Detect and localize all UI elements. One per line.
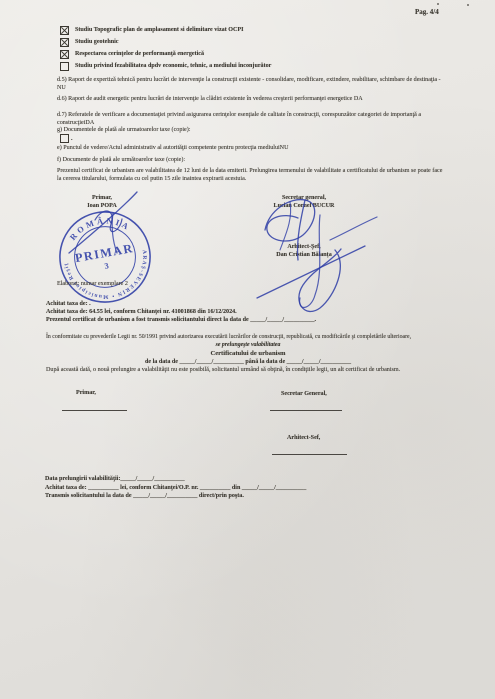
prolongation-after: După această dată, o nouă prelungire a v…: [46, 367, 400, 375]
paragraph-d7-cont: construcţieiDA: [57, 120, 94, 128]
checklist-label: Studiu Topografic plan de amplasament si…: [75, 27, 244, 35]
paragraph-g: g) Documentele de plată ale urmatoarelor…: [57, 127, 191, 135]
checklist-label: Respectarea cerinţelor de performanţă en…: [75, 51, 204, 59]
page-number: Pag. 4/4: [415, 9, 439, 17]
payment-line-1: Achitat taxa de: .: [46, 301, 91, 309]
bottom-primar-label: Primar,: [76, 390, 96, 398]
paragraph-d6: d.6) Raport de audit energetic pentru lu…: [57, 96, 363, 104]
payment-line-2: Achitat taxa de: 64.55 lei, conform Chit…: [46, 309, 237, 317]
paragraph-validity: Prezentul certificat de urbanism are val…: [57, 168, 442, 176]
checklist-label: Studiu geotehnic: [75, 39, 119, 47]
bottom-secretar-label: Secretar General,: [281, 391, 327, 399]
paragraph-d5-cont: NU: [57, 85, 66, 93]
prolongation-title: Certificatului de urbanism: [46, 350, 450, 358]
checkbox-studiu-geotehnic: [60, 38, 69, 47]
secretar-arhitect-signatures: [235, 190, 400, 320]
prolongation-italic-line: se prelungeşte valabilitatea: [46, 342, 450, 350]
footer-line-3: Transmis solicitantului la data de _____…: [45, 493, 244, 501]
scan-speck: [437, 3, 439, 5]
checkbox-taxe-empty: [60, 134, 69, 143]
scanned-document-page: Pag. 4/4 Studiu Topografic plan de ampla…: [0, 0, 495, 699]
checkbox-fezabilitate: [60, 62, 69, 71]
paragraph-f: f) Documente de plată ale următoarelor t…: [57, 157, 185, 165]
footer-line-1: Data prelungirii valabilităţii:_____/___…: [45, 476, 185, 484]
bottom-arhitect-label: Arhitect-Sef,: [287, 435, 320, 443]
prolongation-dates: de la data de _____/_____/__________ pân…: [46, 359, 450, 367]
paragraph-d5: d.5) Raport de expertiză tehnică pentru …: [57, 77, 441, 85]
elaborat-note: Elaborat: numar exemplare 2: [57, 281, 128, 289]
scan-speck: [467, 4, 469, 6]
checkbox-performanta-energetica: [60, 50, 69, 59]
checklist-label: Studiu privind fezabilitatea dpdv econom…: [75, 63, 271, 71]
paragraph-e: e) Punctul de vedere/Actul administrativ…: [57, 145, 289, 153]
checkbox-studiu-topografic: [60, 26, 69, 35]
paragraph-d7: d.7) Referatele de verificare a document…: [57, 112, 421, 120]
bottom-arhitect-signature-line: [272, 454, 347, 455]
primar-signature: [55, 180, 185, 275]
bottom-secretar-signature-line: [270, 410, 342, 411]
footer-line-2: Achitat taxa de: __________ lei, conform…: [45, 485, 306, 493]
payment-line-3: Prezentul certificat de urbanism a fost …: [46, 317, 316, 325]
prolongation-intro: În conformitate cu prevederile Legii nr.…: [46, 334, 411, 342]
checkbox-taxe-suffix: .: [71, 136, 73, 144]
bottom-primar-signature-line: [62, 410, 127, 411]
